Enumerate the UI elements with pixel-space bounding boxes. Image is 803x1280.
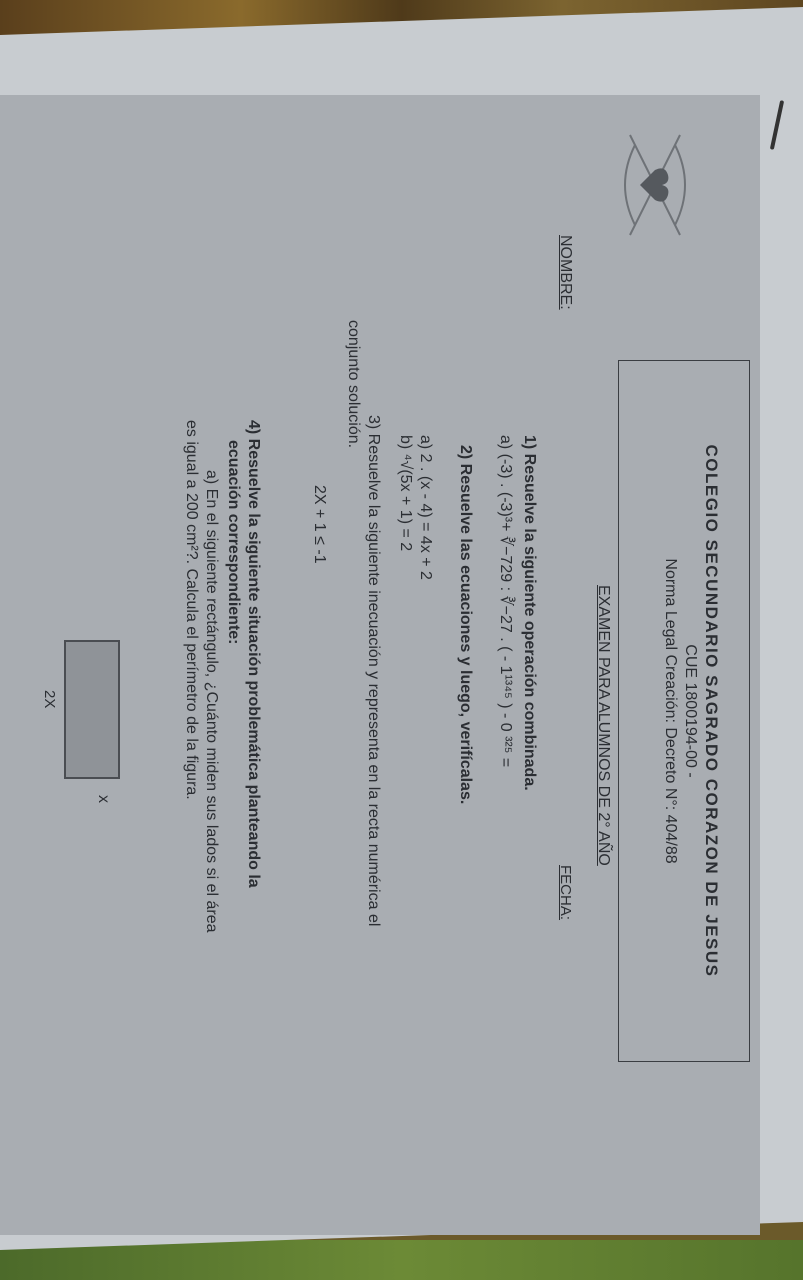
cue-number: CUE 1800194-00 -	[681, 361, 699, 1061]
question-4-title: 4) Resuelve la siguiente situación probl…	[244, 420, 262, 888]
heart-cross-crest-icon	[610, 115, 700, 255]
question-3-continuation: conjunto solución.	[344, 320, 362, 448]
question-1a: a) (-3) . (-3)³+ ∛−729 : ∛−27 . ( - 1¹³⁴…	[496, 435, 516, 767]
question-4a-line2: es igual a 200 cm²?. Calcula el perímetr…	[182, 420, 200, 800]
question-2-title: 2) Resuelve las ecuaciones y luego, veri…	[456, 445, 474, 804]
fecha-field-label: FECHA:	[557, 865, 574, 920]
nombre-field-label: NOMBRE:	[556, 235, 574, 310]
question-3-inequation: 2X + 1 ≤ -1	[310, 485, 328, 564]
question-4a-line1: a) En el siguiente rectángulo, ¿Cuánto m…	[202, 470, 220, 932]
school-name: COLEGIO SECUNDARIO SAGRADO CORAZON DE JE…	[701, 361, 721, 1061]
norma-legal: Norma Legal Creación: Decreto N°: 404/88	[661, 361, 679, 1061]
question-2a: a) 2 . (x - 4) = 4x + 2	[416, 435, 434, 580]
background-grass	[0, 1240, 803, 1280]
rectangle-side-2x-label: 2X	[41, 690, 58, 708]
rectangle-figure	[64, 640, 120, 779]
question-3-title: 3) Resuelve la siguiente inecuación y re…	[364, 415, 382, 926]
exam-title: EXAMEN PARA ALUMNOS DE 2° AÑO	[594, 585, 612, 866]
exam-page-content: COLEGIO SECUNDARIO SAGRADO CORAZON DE JE…	[0, 95, 760, 1235]
question-4-continuation: ecuación correspondiente:	[224, 440, 242, 645]
header-box: COLEGIO SECUNDARIO SAGRADO CORAZON DE JE…	[618, 360, 750, 1062]
question-2b: b) ⁴√(5x + 1) = 2	[396, 435, 414, 551]
rectangle-side-x-label: x	[94, 795, 112, 803]
question-1-title: 1) Resuelve la siguiente operación combi…	[520, 435, 538, 791]
